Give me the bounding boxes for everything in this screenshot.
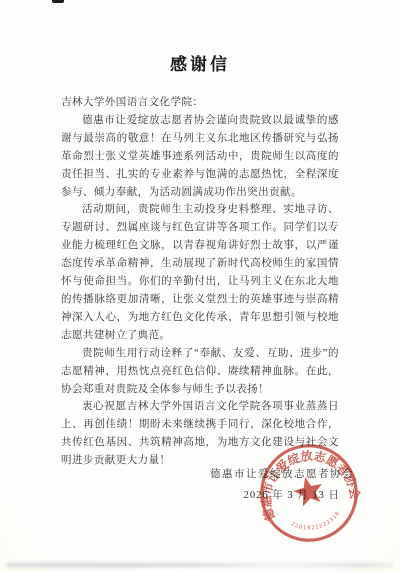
scan-artifact-mark xyxy=(52,0,64,3)
seal-ring-text: 德惠市让爱绽放志愿者协会 xyxy=(256,440,362,523)
letter-title: 感谢信 xyxy=(0,50,400,75)
letter-page: 感谢信 吉林大学外国语言文化学院： 德惠市让爱绽放志愿者协会谨向贵院致以最诚挚的… xyxy=(0,0,400,572)
seal-star-icon xyxy=(291,474,326,508)
organization-seal-stamp: 德惠市让爱绽放志愿者协会 2201822222310 xyxy=(256,440,362,546)
svg-text:德惠市让爱绽放志愿者协会: 德惠市让爱绽放志愿者协会 xyxy=(256,440,362,523)
scan-shadow xyxy=(6,563,394,567)
paragraph-1: 德惠市让爱绽放志愿者协会谨向贵院致以最诚挚的感谢与最崇高的敬意！在马列主义东北地… xyxy=(61,112,339,202)
salutation: 吉林大学外国语言文化学院： xyxy=(61,94,339,112)
paragraph-2: 活动期间，贵院师生主动投身史料整理、实地寻访、专题研讨、烈属座谈与红色宣讲等各项… xyxy=(61,201,339,344)
letter-body: 吉林大学外国语言文化学院： 德惠市让爱绽放志愿者协会谨向贵院致以最诚挚的感谢与最… xyxy=(61,94,339,470)
paragraph-3: 贵院师生用行动诠释了“奉献、友爱、互助、进步”的志愿精神，用热忱点亮红色信仰、赓… xyxy=(61,345,339,399)
